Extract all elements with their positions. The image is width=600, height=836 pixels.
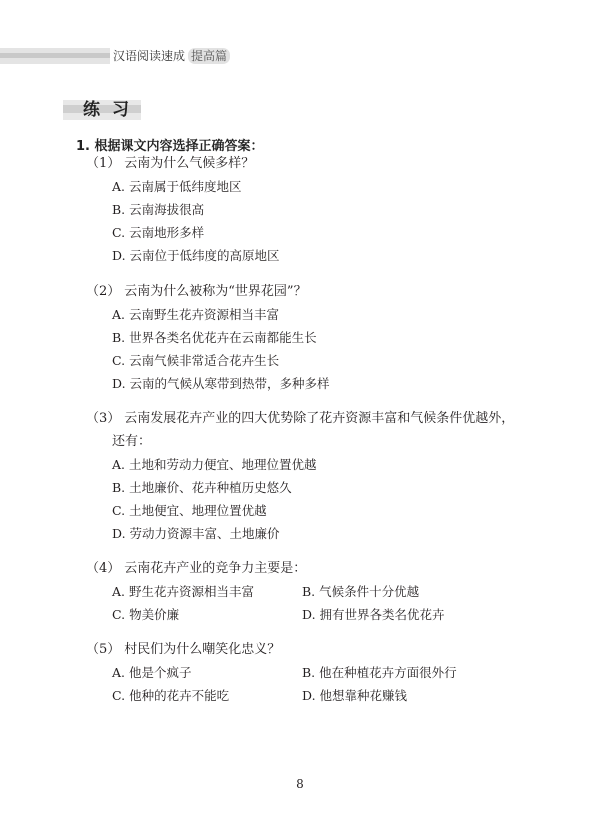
- question-2: （2）云南为什么被称为“世界花园”？ A. 云南野生花卉资源相当丰富 B. 世界…: [86, 284, 330, 392]
- option-d: D. 劳动力资源丰富、土地廉价: [86, 526, 514, 542]
- question-4: （4）云南花卉产业的竞争力主要是： A. 野生花卉资源相当丰富 B. 气候条件十…: [86, 561, 492, 623]
- options-row: A. 他是个疯子 B. 他在种植花卉方面很外行: [86, 665, 492, 681]
- option-b: B. 他在种植花卉方面很外行: [302, 665, 492, 681]
- header-decoration-bar: [0, 48, 110, 64]
- option-b: B. 世界各类名优花卉在云南都能生长: [86, 330, 330, 346]
- option-d: D. 云南位于低纬度的高原地区: [86, 248, 280, 264]
- options-row: A. 野生花卉资源相当丰富 B. 气候条件十分优越: [86, 584, 492, 600]
- option-c: C. 土地便宜、地理位置优越: [86, 503, 514, 519]
- options-row: C. 物美价廉 D. 拥有世界各类名优花卉: [86, 607, 492, 623]
- page-number: 8: [0, 777, 600, 791]
- option-b: B. 气候条件十分优越: [302, 584, 492, 600]
- question-stem: （3）云南发展花卉产业的四大优势除了花卉资源丰富和气候条件优越外，: [86, 411, 514, 427]
- book-title: 汉语阅读速成: [113, 49, 185, 63]
- option-a: A. 云南属于低纬度地区: [86, 179, 280, 195]
- exercise-title: 1. 根据课文内容选择正确答案：: [76, 135, 264, 154]
- question-1: （1）云南为什么气候多样？ A. 云南属于低纬度地区 B. 云南海拔很高 C. …: [86, 156, 280, 264]
- question-stem: （5）村民们为什么嘲笑化忠义？: [86, 642, 492, 658]
- question-stem-continued: 还有：: [86, 434, 514, 450]
- option-d: D. 云南的气候从寒带到热带，多种多样: [86, 376, 330, 392]
- option-c: C. 物美价廉: [112, 607, 302, 623]
- section-title: 练习: [63, 100, 141, 120]
- running-header: 汉语阅读速成提高篇: [113, 48, 230, 64]
- option-b: B. 土地廉价、花卉种植历史悠久: [86, 480, 514, 496]
- option-a: A. 云南野生花卉资源相当丰富: [86, 307, 330, 323]
- option-a: A. 他是个疯子: [112, 665, 302, 681]
- question-3: （3）云南发展花卉产业的四大优势除了花卉资源丰富和气候条件优越外， 还有： A.…: [86, 411, 514, 542]
- option-d: D. 拥有世界各类名优花卉: [302, 607, 492, 623]
- question-5: （5）村民们为什么嘲笑化忠义？ A. 他是个疯子 B. 他在种植花卉方面很外行 …: [86, 642, 492, 704]
- option-a: A. 野生花卉资源相当丰富: [112, 584, 302, 600]
- level-badge: 提高篇: [188, 48, 230, 64]
- question-stem: （4）云南花卉产业的竞争力主要是：: [86, 561, 492, 577]
- option-c: C. 他种的花卉不能吃: [112, 688, 302, 704]
- option-a: A. 土地和劳动力便宜、地理位置优越: [86, 457, 514, 473]
- question-stem: （2）云南为什么被称为“世界花园”？: [86, 284, 330, 300]
- option-d: D. 他想靠种花赚钱: [302, 688, 492, 704]
- option-b: B. 云南海拔很高: [86, 202, 280, 218]
- option-c: C. 云南气候非常适合花卉生长: [86, 353, 330, 369]
- question-stem: （1）云南为什么气候多样？: [86, 156, 280, 172]
- options-row: C. 他种的花卉不能吃 D. 他想靠种花赚钱: [86, 688, 492, 704]
- option-c: C. 云南地形多样: [86, 225, 280, 241]
